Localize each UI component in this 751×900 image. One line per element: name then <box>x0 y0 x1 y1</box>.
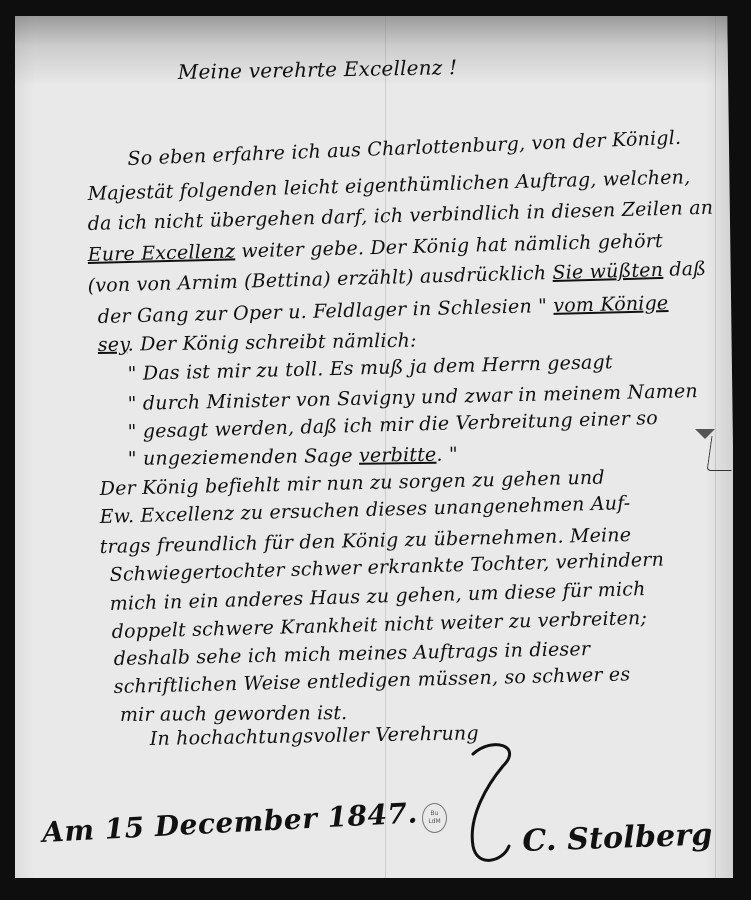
body-line: der Gang zur Oper u. Feldlager in Schles… <box>97 292 668 328</box>
underlined-phrase: Eure Excellenz <box>87 240 235 266</box>
letter-date: Am 15 December 1847. <box>41 796 418 849</box>
salutation: Meine verehrte Excellenz ! <box>178 55 458 84</box>
quote-line: " ungeziemenden Sage verbitte. " <box>128 443 458 470</box>
body-line: schriftlichen Weise entledigen müssen, s… <box>113 663 630 698</box>
underlined-phrase: verbitte <box>359 444 437 467</box>
stamp-text: Bu <box>423 810 446 818</box>
body-line: So eben erfahre ich aus Charlottenburg, … <box>127 127 681 170</box>
underlined-phrase: vom Könige <box>553 292 669 317</box>
stamp-text: LdM <box>423 818 446 826</box>
underlined-phrase: sey <box>98 334 128 356</box>
letter-page: Meine verehrte Excellenz ! So eben erfah… <box>15 16 733 878</box>
signature: C. Stolberg <box>522 817 713 859</box>
body-line: mir auch geworden ist. <box>120 702 348 726</box>
body-line: sey. Der König schreibt nämlich: <box>98 330 417 356</box>
paper-tear-edge <box>707 436 737 471</box>
archive-stamp: Bu LdM <box>422 803 447 833</box>
quote-line: " Das ist mir zu toll. Es muß ja dem Her… <box>127 351 613 385</box>
underlined-phrase: Sie wüßten <box>552 259 663 284</box>
closing-phrase: In hochachtungsvoller Verehrung <box>150 722 479 750</box>
